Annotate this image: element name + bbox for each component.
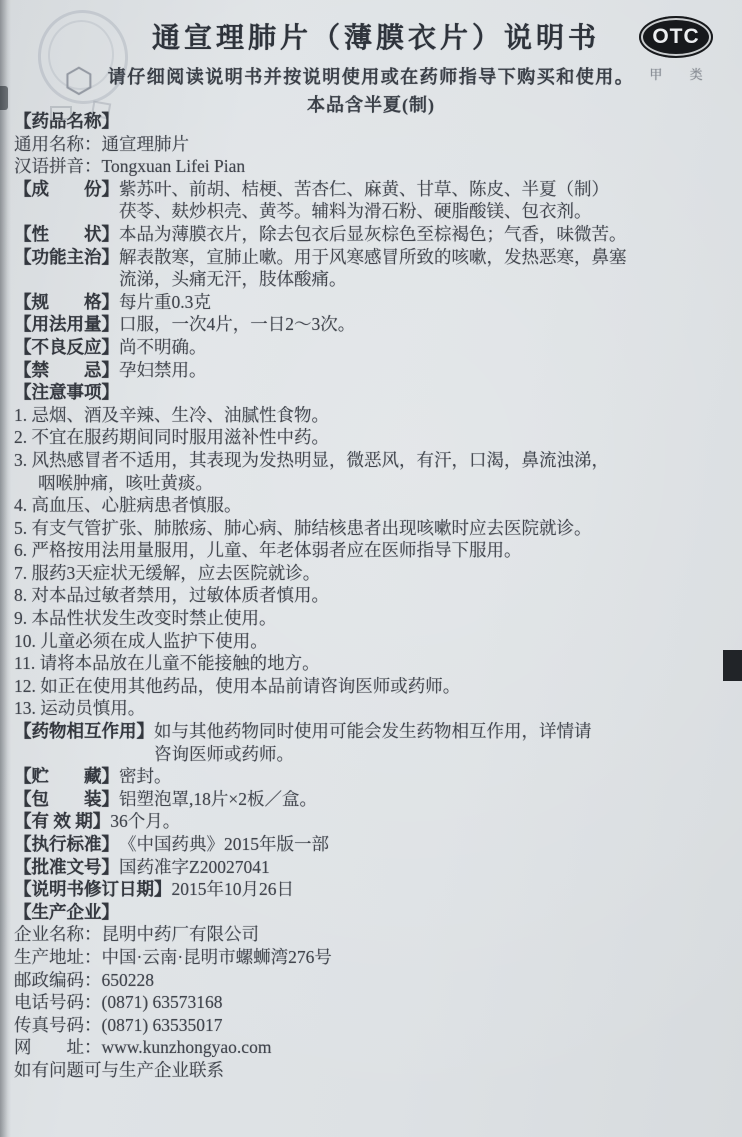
- field-label: 【说明书修订日期】: [14, 878, 172, 901]
- otc-badge: OTC 甲 类: [636, 16, 716, 83]
- section-row: 【用法用量】口服，一次4片，一日2～3次。: [14, 313, 724, 336]
- text-line: 生产地址：中国·云南·昆明市螺蛳湾276号: [14, 946, 724, 969]
- text-line: 4. 高血压、心脏病患者慎服。: [14, 494, 724, 517]
- section-heading: 【注意事项】: [14, 381, 724, 404]
- section-row: 【药物相互作用】如与其他药物同时使用可能会发生药物相互作用，详情请 咨询医师或药…: [14, 720, 724, 765]
- photo-left-edge-shadow: [0, 0, 11, 1137]
- field-value: 企业名称：昆明中药厂有限公司: [14, 923, 724, 946]
- field-value: 国药准字Z20027041: [119, 856, 724, 879]
- section-heading: 【药品名称】: [14, 110, 724, 133]
- field-value: 36个月。: [110, 810, 724, 833]
- field-value: 7. 服药3天症状无缓解，应去医院就诊。: [14, 562, 724, 585]
- text-line: 网 址：www.kunzhongyao.com: [14, 1036, 724, 1059]
- section-row: 【执行标准】《中国药典》2015年版一部: [14, 833, 724, 856]
- field-value: 密封。: [119, 765, 724, 788]
- text-line: 7. 服药3天症状无缓解，应去医院就诊。: [14, 562, 724, 585]
- text-line: 如有问题可与生产企业联系: [14, 1059, 724, 1082]
- field-label: 【药品名称】: [14, 110, 119, 133]
- section-row: 【批准文号】国药准字Z20027041: [14, 856, 724, 879]
- field-value: 网 址：www.kunzhongyao.com: [14, 1036, 724, 1059]
- field-value: 口服，一次4片，一日2～3次。: [119, 313, 724, 336]
- field-label: 【注意事项】: [14, 381, 119, 404]
- field-label: 【用法用量】: [14, 313, 119, 336]
- document-body: 【药品名称】通用名称：通宣理肺片汉语拼音：Tongxuan Lifei Pian…: [14, 110, 724, 1082]
- field-value: 铝塑泡罩,18片×2板／盒。: [119, 788, 724, 811]
- hexagon-icon: ⬡: [64, 64, 94, 98]
- field-label: 【有 效 期】: [14, 810, 110, 833]
- field-value: 紫苏叶、前胡、桔梗、苦杏仁、麻黄、甘草、陈皮、半夏（制） 茯苓、麸炒枳壳、黄芩。…: [119, 178, 724, 223]
- manufacturer-seal: ⬡: [26, 2, 136, 120]
- field-value: 6. 严格按用法用量服用，儿童、年老体弱者应在医师指导下服用。: [14, 539, 724, 562]
- field-value: 1. 忌烟、酒及辛辣、生冷、油腻性食物。: [14, 404, 724, 427]
- field-value: 本品为薄膜衣片，除去包衣后显灰棕色至棕褐色；气香，味微苦。: [119, 223, 724, 246]
- field-value: 3. 风热感冒者不适用，其表现为发热明显，微恶风，有汗，口渴，鼻流浊涕， 咽喉肿…: [14, 449, 724, 494]
- page-title: 通宣理肺片（薄膜衣片）说明书: [130, 16, 622, 56]
- text-line: 13. 运动员慎用。: [14, 697, 724, 720]
- text-line: 汉语拼音：Tongxuan Lifei Pian: [14, 155, 724, 178]
- field-value: 8. 对本品过敏者禁用，过敏体质者慎用。: [14, 584, 724, 607]
- text-line: 10. 儿童必须在成人监护下使用。: [14, 630, 724, 653]
- field-value: 4. 高血压、心脏病患者慎服。: [14, 494, 724, 517]
- drug-leaflet-photo: ⬡ 通宣理肺片（薄膜衣片）说明书 OTC 甲 类 请仔细阅读说明书并按说明使用或…: [0, 0, 742, 1137]
- field-value: 电话号码：(0871) 63573168: [14, 991, 724, 1014]
- field-value: 通用名称：通宣理肺片: [14, 133, 724, 156]
- field-value: 尚不明确。: [119, 336, 724, 359]
- section-row: 【不良反应】尚不明确。: [14, 336, 724, 359]
- field-label: 【贮 藏】: [14, 765, 119, 788]
- field-value: 汉语拼音：Tongxuan Lifei Pian: [14, 155, 724, 178]
- field-label: 【禁 忌】: [14, 359, 119, 382]
- section-row: 【成 份】紫苏叶、前胡、桔梗、苦杏仁、麻黄、甘草、陈皮、半夏（制） 茯苓、麸炒枳…: [14, 178, 724, 223]
- field-value: 解表散寒，宣肺止嗽。用于风寒感冒所致的咳嗽，发热恶寒，鼻塞 流涕，头痛无汗，肢体…: [119, 246, 724, 291]
- section-row: 【有 效 期】36个月。: [14, 810, 724, 833]
- otc-ellipse: OTC: [639, 16, 713, 58]
- field-value: 生产地址：中国·云南·昆明市螺蛳湾276号: [14, 946, 724, 969]
- text-line: 1. 忌烟、酒及辛辣、生冷、油腻性食物。: [14, 404, 724, 427]
- text-line: 企业名称：昆明中药厂有限公司: [14, 923, 724, 946]
- field-label: 【药物相互作用】: [14, 720, 154, 743]
- otc-label: OTC: [652, 25, 699, 49]
- field-label: 【包 装】: [14, 788, 119, 811]
- section-row: 【包 装】铝塑泡罩,18片×2板／盒。: [14, 788, 724, 811]
- text-line: 6. 严格按用法用量服用，儿童、年老体弱者应在医师指导下服用。: [14, 539, 724, 562]
- text-line: 邮政编码：650228: [14, 969, 724, 992]
- text-line: 5. 有支气管扩张、肺脓疡、肺心病、肺结核患者出现咳嗽时应去医院就诊。: [14, 517, 724, 540]
- otc-category: 甲 类: [636, 64, 716, 83]
- section-heading: 【生产企业】: [14, 901, 724, 924]
- field-value: 12. 如正在使用其他药品，使用本品前请咨询医师或药师。: [14, 675, 724, 698]
- text-line: 12. 如正在使用其他药品，使用本品前请咨询医师或药师。: [14, 675, 724, 698]
- field-value: 13. 运动员慎用。: [14, 697, 724, 720]
- field-label: 【生产企业】: [14, 901, 119, 924]
- section-row: 【禁 忌】孕妇禁用。: [14, 359, 724, 382]
- text-line: 电话号码：(0871) 63573168: [14, 991, 724, 1014]
- photo-edge-mark-left: [0, 86, 8, 110]
- field-value: 如有问题可与生产企业联系: [14, 1059, 724, 1082]
- field-label: 【成 份】: [14, 178, 119, 201]
- section-row: 【性 状】本品为薄膜衣片，除去包衣后显灰棕色至棕褐色；气香，味微苦。: [14, 223, 724, 246]
- field-label: 【功能主治】: [14, 246, 119, 269]
- section-row: 【规 格】每片重0.3克: [14, 291, 724, 314]
- field-value: 每片重0.3克: [119, 291, 724, 314]
- field-value: 如与其他药物同时使用可能会发生药物相互作用，详情请 咨询医师或药师。: [154, 720, 724, 765]
- section-row: 【贮 藏】密封。: [14, 765, 724, 788]
- field-label: 【规 格】: [14, 291, 119, 314]
- text-line: 8. 对本品过敏者禁用，过敏体质者慎用。: [14, 584, 724, 607]
- field-label: 【批准文号】: [14, 856, 119, 879]
- field-label: 【不良反应】: [14, 336, 119, 359]
- field-value: 传真号码：(0871) 63535017: [14, 1014, 724, 1037]
- photo-edge-mark-right: [723, 650, 742, 681]
- field-value: 9. 本品性状发生改变时禁止使用。: [14, 607, 724, 630]
- field-label: 【执行标准】: [14, 833, 119, 856]
- text-line: 11. 请将本品放在儿童不能接触的地方。: [14, 652, 724, 675]
- text-line: 通用名称：通宣理肺片: [14, 133, 724, 156]
- field-value: 孕妇禁用。: [119, 359, 724, 382]
- field-value: 邮政编码：650228: [14, 969, 724, 992]
- section-row: 【功能主治】解表散寒，宣肺止嗽。用于风寒感冒所致的咳嗽，发热恶寒，鼻塞 流涕，头…: [14, 246, 724, 291]
- field-value: 5. 有支气管扩张、肺脓疡、肺心病、肺结核患者出现咳嗽时应去医院就诊。: [14, 517, 724, 540]
- field-value: 《中国药典》2015年版一部: [119, 833, 724, 856]
- text-line: 传真号码：(0871) 63535017: [14, 1014, 724, 1037]
- text-line: 3. 风热感冒者不适用，其表现为发热明显，微恶风，有汗，口渴，鼻流浊涕， 咽喉肿…: [14, 449, 724, 494]
- field-value: 2. 不宜在服药期间同时服用滋补性中药。: [14, 426, 724, 449]
- field-label: 【性 状】: [14, 223, 119, 246]
- section-row: 【说明书修订日期】2015年10月26日: [14, 878, 724, 901]
- field-value: 11. 请将本品放在儿童不能接触的地方。: [14, 652, 724, 675]
- field-value: 10. 儿童必须在成人监护下使用。: [14, 630, 724, 653]
- text-line: 9. 本品性状发生改变时禁止使用。: [14, 607, 724, 630]
- field-value: 2015年10月26日: [172, 878, 725, 901]
- text-line: 2. 不宜在服药期间同时服用滋补性中药。: [14, 426, 724, 449]
